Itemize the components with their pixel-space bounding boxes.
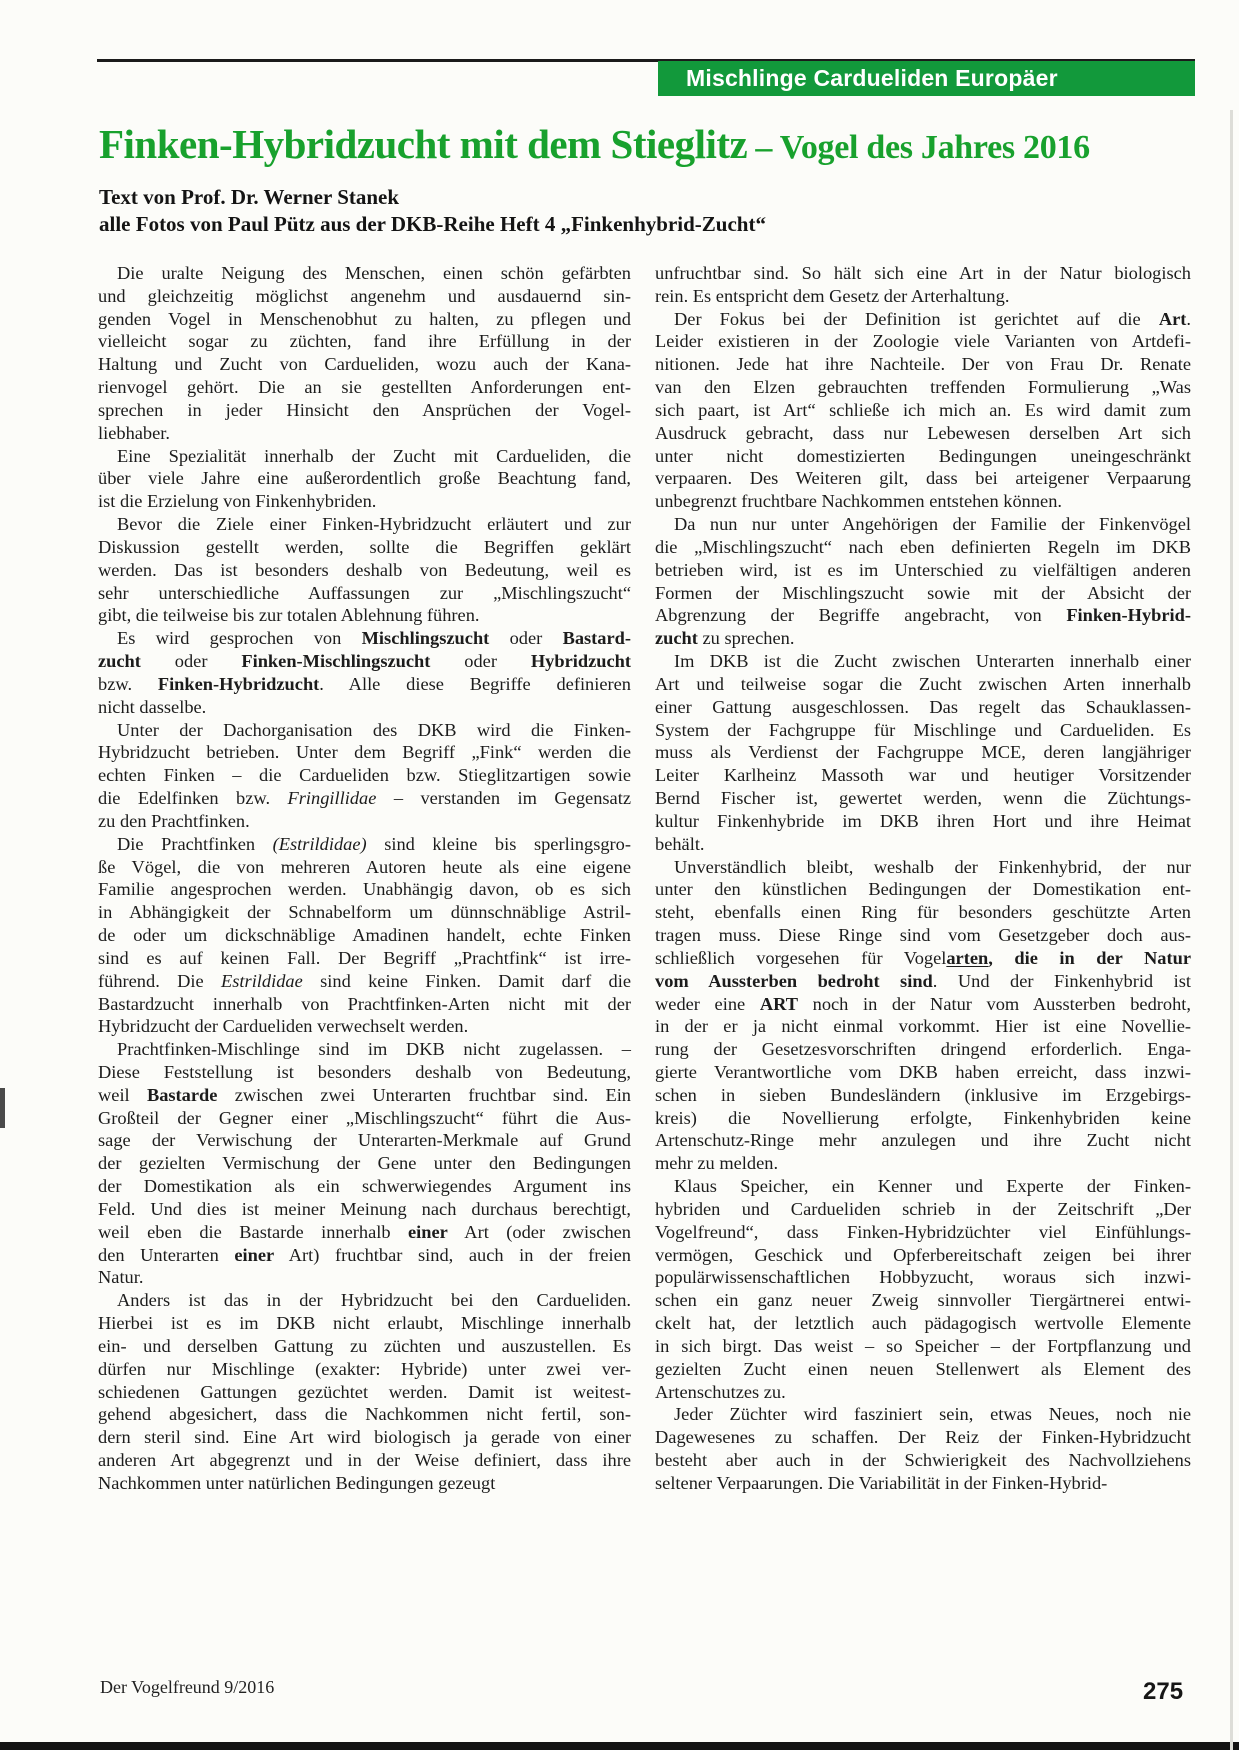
text-line: vermögen, Geschick und Opferbereitschaft… xyxy=(655,1244,1191,1267)
text-line: Im DKB ist die Zucht zwischen Unterarten… xyxy=(655,650,1191,673)
text-line: Bernd Fischer ist, gewertet werden, wenn… xyxy=(655,787,1191,810)
text-line: ckelt hat, der letztlich auch pädagogisc… xyxy=(655,1312,1191,1335)
text-line: seltener Verpaarungen. Die Variabilität … xyxy=(655,1472,1191,1495)
text-line: genden Vogel in Menschenobhut zu halten,… xyxy=(98,308,631,331)
byline-photo-credit: alle Fotos von Paul Pütz aus der DKB-Rei… xyxy=(99,211,999,238)
article-title: Finken-Hybridzucht mit dem Stieglitz – V… xyxy=(99,120,1209,168)
text-line: in der er ja nicht einmal vorkommt. Hier… xyxy=(655,1015,1191,1038)
text-line: Natur. xyxy=(98,1266,631,1289)
text-line: sage der Verwischung der Unterarten-Merk… xyxy=(98,1129,631,1152)
text-line: Dagewesenes zu schaffen. Der Reiz der Fi… xyxy=(655,1426,1191,1449)
byline-author: Text von Prof. Dr. Werner Stanek xyxy=(99,184,999,211)
scan-edge-artifact xyxy=(1230,110,1233,1750)
text-line: der gezielten Vermischung der Gene unter… xyxy=(98,1152,631,1175)
text-line: weil Bastarde zwischen zwei Unterarten f… xyxy=(98,1084,631,1107)
magazine-page: Mischlinge Cardueliden Europäer Finken-H… xyxy=(0,0,1239,1750)
text-line: Jeder Züchter wird fasziniert sein, etwa… xyxy=(655,1403,1191,1426)
text-line: Der Fokus bei der Definition ist gericht… xyxy=(655,308,1191,331)
text-line: nitionen. Jede hat ihre Nachteile. Der v… xyxy=(655,353,1191,376)
scan-mark-artifact xyxy=(0,1088,5,1128)
text-line: Feld. Und dies ist meiner Meinung nach d… xyxy=(98,1198,631,1221)
text-line: unter den künstlichen Bedingungen der Do… xyxy=(655,878,1191,901)
text-line: und gleichzeitig möglichst angenehm und … xyxy=(98,285,631,308)
text-line: mehr zu melden. xyxy=(655,1152,1191,1175)
text-line: gezielten Zucht einen neuen Stellenwert … xyxy=(655,1358,1191,1381)
text-line: Da nun nur unter Angehörigen der Familie… xyxy=(655,513,1191,536)
text-line: Vogelfreund“, dass Finken-Hybridzüchter … xyxy=(655,1221,1191,1244)
footer-journal: Der Vogelfreund 9/2016 xyxy=(100,1677,274,1698)
text-line: Unverständlich bleibt, weshalb der Finke… xyxy=(655,856,1191,879)
text-line: zucht oder Finken-Mischlingszucht oder H… xyxy=(98,650,631,673)
text-line: Prachtfinken-Mischlinge sind im DKB nich… xyxy=(98,1038,631,1061)
text-line: Leider existieren in der Zoologie viele … xyxy=(655,330,1191,353)
text-line: bzw. Finken-Hybridzucht. Alle diese Begr… xyxy=(98,673,631,696)
text-line: Diese Feststellung ist besonders deshalb… xyxy=(98,1061,631,1084)
text-line: dern steril sind. Eine Art wird biologis… xyxy=(98,1426,631,1449)
text-line: Eine Spezialität innerhalb der Zucht mit… xyxy=(98,445,631,468)
text-line: System der Fachgruppe für Mischlinge und… xyxy=(655,719,1191,742)
text-line: Unter der Dachorganisation des DKB wird … xyxy=(98,719,631,742)
text-line: de oder um dickschnäblige Amadinen hande… xyxy=(98,924,631,947)
text-line: populärwissenschaftlichen Hobbyzucht, wo… xyxy=(655,1266,1191,1289)
article-title-sub: – Vogel des Jahres 2016 xyxy=(747,129,1090,166)
section-tag-label: Mischlinge Cardueliden Europäer xyxy=(686,65,1058,91)
text-line: Die uralte Neigung des Menschen, einen s… xyxy=(98,262,631,285)
text-line: kreis) die Novellierung erfolgte, Finken… xyxy=(655,1107,1191,1130)
text-line: Haltung und Zucht von Cardueliden, wozu … xyxy=(98,353,631,376)
text-line: sprechen in jeder Hinsicht den Ansprüche… xyxy=(98,399,631,422)
column-right: unfruchtbar sind. So hält sich eine Art … xyxy=(655,262,1191,1495)
text-line: dürfen nur Mischlinge (exakter: Hybride)… xyxy=(98,1358,631,1381)
text-line: tragen muss. Diese Ringe sind vom Gesetz… xyxy=(655,924,1191,947)
text-line: Abgrenzung der Begriffe angebracht, von … xyxy=(655,604,1191,627)
text-line: Nachkommen unter natürlichen Bedingungen… xyxy=(98,1472,631,1495)
text-line: ist die Erzielung von Finkenhybriden. xyxy=(98,490,631,513)
text-line: Familie angesprochen werden. Unabhängig … xyxy=(98,878,631,901)
text-line: in Abhängigkeit der Schnabelform um dünn… xyxy=(98,901,631,924)
text-line: Art und teilweise sogar die Zucht zwisch… xyxy=(655,673,1191,696)
text-line: echten Finken – die Cardueliden bzw. Sti… xyxy=(98,764,631,787)
text-line: rein. Es entspricht dem Gesetz der Arter… xyxy=(655,285,1191,308)
text-line: Es wird gesprochen von Mischlingszucht o… xyxy=(98,627,631,650)
text-line: sind es auf keinen Fall. Der Begriff „Pr… xyxy=(98,947,631,970)
text-line: schließlich vorgesehen für Vogelarten, d… xyxy=(655,947,1191,970)
byline: Text von Prof. Dr. Werner Stanek alle Fo… xyxy=(99,184,999,238)
text-line: unfruchtbar sind. So hält sich eine Art … xyxy=(655,262,1191,285)
text-line: führend. Die Estrildidae sind keine Fink… xyxy=(98,970,631,993)
text-line: zu den Prachtfinken. xyxy=(98,810,631,833)
text-line: van den Elzen gebrauchten treffenden For… xyxy=(655,376,1191,399)
section-tag-bar: Mischlinge Cardueliden Europäer xyxy=(658,61,1195,96)
text-line: Anders ist das in der Hybridzucht bei de… xyxy=(98,1289,631,1312)
text-line: gibt, die teilweise bis zur totalen Able… xyxy=(98,604,631,627)
text-line: hybriden und Cardueliden schrieb in der … xyxy=(655,1198,1191,1221)
text-line: Leiter Karlheinz Massoth war und heutige… xyxy=(655,764,1191,787)
text-line: Großteil der Gegner einer „Mischlingszuc… xyxy=(98,1107,631,1130)
text-line: Artenschutz-Ringe mehr anzulegen und ihr… xyxy=(655,1129,1191,1152)
text-line: verpaaren. Des Weiteren gilt, dass bei a… xyxy=(655,467,1191,490)
text-line: behält. xyxy=(655,833,1191,856)
text-line: weder eine ART noch in der Natur vom Aus… xyxy=(655,993,1191,1016)
text-line: schiedenen Gattungen gezüchtet werden. D… xyxy=(98,1381,631,1404)
text-line: Hierbei ist es im DKB nicht erlaubt, Mis… xyxy=(98,1312,631,1335)
text-line: den Unterarten einer Art) fruchtbar sind… xyxy=(98,1244,631,1267)
text-line: die Edelfinken bzw. Fringillidae – verst… xyxy=(98,787,631,810)
text-line: werden. Das ist besonders deshalb von Be… xyxy=(98,559,631,582)
text-line: schen ein ganz neuer Zweig sinnvoller Ti… xyxy=(655,1289,1191,1312)
footer-page-number: 275 xyxy=(1143,1678,1183,1706)
text-line: unter nicht domestizierten Bedingungen u… xyxy=(655,445,1191,468)
text-line: nicht dasselbe. xyxy=(98,696,631,719)
text-line: ße Vögel, die von mehreren Autoren heute… xyxy=(98,856,631,879)
text-line: muss als Verdienst der Fachgruppe MCE, d… xyxy=(655,741,1191,764)
text-line: Ausdruck gebracht, dass nur Lebewesen de… xyxy=(655,422,1191,445)
text-line: gehend abgesichert, dass die Nachkommen … xyxy=(98,1403,631,1426)
text-line: steht, ebenfalls einen Ring für besonder… xyxy=(655,901,1191,924)
text-line: der Domestikation als ein schwerwiegende… xyxy=(98,1175,631,1198)
text-line: kultur Finkenhybride im DKB ihren Hort u… xyxy=(655,810,1191,833)
text-line: weil eben die Bastarde innerhalb einer A… xyxy=(98,1221,631,1244)
text-line: rienvogel gehört. Die an sie gestellten … xyxy=(98,376,631,399)
text-line: ein- und derselben Gattung zu züchten un… xyxy=(98,1335,631,1358)
text-line: gierte Verantwortliche vom DKB haben err… xyxy=(655,1061,1191,1084)
text-line: sich paart, ist Art“ schließe ich mich a… xyxy=(655,399,1191,422)
text-line: in sich birgt. Das weist – so Speicher –… xyxy=(655,1335,1191,1358)
text-line: anderen Art abgegrenzt und in der Weise … xyxy=(98,1449,631,1472)
text-line: Bastardzucht innerhalb von Prachtfinken-… xyxy=(98,993,631,1016)
text-line: unbegrenzt fruchtbare Nachkommen entsteh… xyxy=(655,490,1191,513)
text-line: die „Mischlingszucht“ nach eben definier… xyxy=(655,536,1191,559)
text-line: sehr unterschiedliche Auffassungen zur „… xyxy=(98,582,631,605)
text-line: vom Aussterben bedroht sind. Und der Fin… xyxy=(655,970,1191,993)
text-line: rung der Gesetzesvorschriften dringend e… xyxy=(655,1038,1191,1061)
text-line: Formen der Mischlingszucht sowie mit der… xyxy=(655,582,1191,605)
text-line: Bevor die Ziele einer Finken-Hybridzucht… xyxy=(98,513,631,536)
bottom-scan-bar xyxy=(0,1742,1239,1750)
text-line: betrieben wird, ist es im Unterschied zu… xyxy=(655,559,1191,582)
text-line: einer Gattung ausgeschlossen. Das regelt… xyxy=(655,696,1191,719)
text-line: über viele Jahre eine außerordentlich gr… xyxy=(98,467,631,490)
text-line: zucht zu sprechen. xyxy=(655,627,1191,650)
column-left: Die uralte Neigung des Menschen, einen s… xyxy=(98,262,631,1495)
article-title-main: Finken-Hybridzucht mit dem Stieglitz xyxy=(99,121,747,167)
text-line: besteht aber auch in der Schwierigkeit d… xyxy=(655,1449,1191,1472)
text-line: Hybridzucht betrieben. Unter dem Begriff… xyxy=(98,741,631,764)
text-line: Hybridzucht der Cardueliden verwechselt … xyxy=(98,1015,631,1038)
text-line: Diskussion gestellt werden, sollte die B… xyxy=(98,536,631,559)
text-line: vielleicht sogar zu züchten, fand ihre E… xyxy=(98,330,631,353)
text-line: Artenschutzes zu. xyxy=(655,1381,1191,1404)
text-line: Klaus Speicher, ein Kenner und Experte d… xyxy=(655,1175,1191,1198)
text-line: schen in sieben Bundesländern (inklusive… xyxy=(655,1084,1191,1107)
text-line: Die Prachtfinken (Estrildidae) sind klei… xyxy=(98,833,631,856)
text-line: liebhaber. xyxy=(98,422,631,445)
